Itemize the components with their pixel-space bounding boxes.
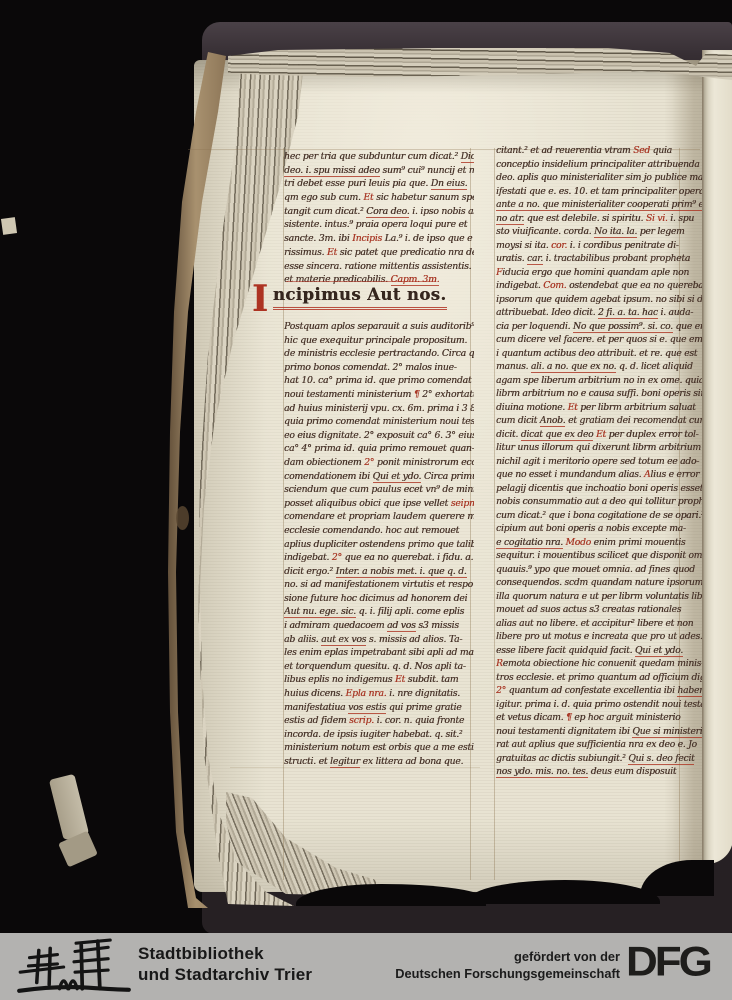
manuscript-line: manifestatiua vos estis qui prime gratie bbox=[284, 701, 474, 715]
manuscript-line: estis ad fidem scrip. i. cor. n. quia fr… bbox=[284, 714, 474, 728]
manuscript-line: cipium aut boni operis a nobis excepte m… bbox=[496, 522, 702, 536]
ruling-line-vertical bbox=[494, 148, 495, 880]
manuscript-line: ante a no. que ministerialiter cooperati… bbox=[496, 198, 702, 212]
loose-leaf-tab bbox=[1, 217, 17, 235]
manuscript-line: diuina motione. Et per librm arbitrium s… bbox=[496, 401, 702, 415]
manuscript-line: cia per loquendi. No que possim⁹. si. co… bbox=[496, 320, 702, 334]
manuscript-line: hec per tria que subduntur cum dicat.² D… bbox=[284, 150, 474, 164]
manuscript-line: sciendum que cum paulus ecet vn⁹ de mini… bbox=[284, 483, 474, 497]
manuscript-line: cum dicat.² que i bona cogitatione de se… bbox=[496, 509, 702, 523]
manuscript-line: pelagij dicentis que inchoatio boni oper… bbox=[496, 482, 702, 496]
footer-banner: Stadtbibliothek und Stadtarchiv Trier ge… bbox=[0, 933, 732, 1000]
manuscript-line: rissimus. Et sic patet que predicatio nr… bbox=[284, 246, 474, 260]
parchment-stain bbox=[176, 506, 189, 530]
manuscript-line: ca° 4° prima id. quia primo remouet quan… bbox=[284, 442, 474, 456]
manuscript-line: esse sincera. ratione mittentis assisten… bbox=[284, 260, 474, 274]
manuscript-line: ipsorum que quidem agebat ipsum. no sibi… bbox=[496, 293, 702, 307]
text-column-left-lower: Postquam aplos separauit a suis auditori… bbox=[284, 320, 474, 769]
manuscript-line: dicit. dicat que ex deo Et per duplex er… bbox=[496, 428, 702, 442]
manuscript-line: ecclesie comendando. hoc aut remouet bbox=[284, 524, 474, 538]
manuscript-line: comendare et propriam laudem querere min… bbox=[284, 510, 474, 524]
manuscript-line: no atr. que est delebile. si spiritu. Si… bbox=[496, 212, 702, 226]
manuscript-line: sto viuificante. corda. No ita. la. per … bbox=[496, 225, 702, 239]
porta-nigra-logo bbox=[16, 937, 132, 997]
funding-credit: gefördert von der Deutschen Forschungsge… bbox=[395, 949, 620, 982]
manuscript-line: sione future hoc dicimus ad honorem dei bbox=[284, 592, 474, 606]
rubric-initial: I bbox=[252, 283, 268, 315]
manuscript-line: Remota obiectione hic conuenit quedam mi… bbox=[496, 657, 702, 671]
manuscript-line: structi. et legitur ex littera ad bona q… bbox=[284, 755, 474, 769]
manuscript-line: quauis.⁹ ypo que mouet omnia. ad fines q… bbox=[496, 563, 702, 577]
manuscript-line: 2° quantum ad confestate excellentia ibi… bbox=[496, 684, 702, 698]
manuscript-line: cum dicit Anob. et gratiam dei recomenda… bbox=[496, 414, 702, 428]
manuscript-line: primo bonos comendat. 2° malos inue- bbox=[284, 361, 474, 375]
manuscript-line: noui testamenti dignitatem ibi Que si mi… bbox=[496, 725, 702, 739]
manuscript-line: nobis consummatio aut a deo qui tollitur… bbox=[496, 495, 702, 509]
manuscript-line: eo eius dignitate. 2° exposuit ca° 6. 3°… bbox=[284, 429, 474, 443]
manuscript-line: uratis. car. i. tractabilibus probant pr… bbox=[496, 252, 702, 266]
manuscript-line: consequendos. scdm quandam nature ipsoru… bbox=[496, 576, 702, 590]
manuscript-line: hat 10. ca° prima id. que primo comendat bbox=[284, 374, 474, 388]
manuscript-line: huius dicens. Epla nra. i. nre dignitati… bbox=[284, 687, 474, 701]
manuscript-line: aplius dupliciter ostendens primo que ta… bbox=[284, 538, 474, 552]
library-name-line1: Stadtbibliothek bbox=[138, 944, 312, 965]
manuscript-line: dam obiectionem 2° ponit ministrorum ecc… bbox=[284, 456, 474, 470]
manuscript-line: posset aliquibus obici que ipse vellet s… bbox=[284, 497, 474, 511]
library-name-line2: und Stadtarchiv Trier bbox=[138, 965, 312, 986]
manuscript-line: citant.² et ad reuerentia vtram Sed quia bbox=[496, 144, 702, 158]
manuscript-line: libus eplis no indigemus Et subdit. tam bbox=[284, 673, 474, 687]
loose-leaf-tab bbox=[49, 774, 89, 840]
manuscript-line: tangit cum dicat.² Cora deo. i. ipso nob… bbox=[284, 205, 474, 219]
manuscript-line: ifestati que e. es. 10. et tam principal… bbox=[496, 185, 702, 199]
manuscript-line: indigebat. Com. ostendebat que ea no que… bbox=[496, 279, 702, 293]
facing-page-edge bbox=[702, 50, 732, 864]
manuscript-line: ad huius ministerij vpu. cx. 6m. prima i… bbox=[284, 402, 474, 416]
funding-credit-line1: gefördert von der bbox=[395, 949, 620, 966]
manuscript-line: incorda. de ipsis iugiter habebat. q. si… bbox=[284, 728, 474, 742]
manuscript-line: sistente. intus.⁹ praia opera loqui pure… bbox=[284, 218, 474, 232]
manuscript-line: cum dicere vel facere. et per quos si e.… bbox=[496, 333, 702, 347]
manuscript-line: igitur. prima i. d. quia primo ostendit … bbox=[496, 698, 702, 712]
manuscript-line: agam spe liberum arbitrium no in ex ome.… bbox=[496, 374, 702, 388]
manuscript-line: attribuebat. Ideo dicit. 2 fi. a. ta. ha… bbox=[496, 306, 702, 320]
manuscript-line: tros ecclesie. et primo quantum ad offic… bbox=[496, 671, 702, 685]
manuscript-line: esse libere facit quidquid facit. Qui et… bbox=[496, 644, 702, 658]
text-column-right: citant.² et ad reuerentia vtram Sed quia… bbox=[496, 144, 702, 779]
manuscript-line: sancte. 3m. ibi Incipis La.⁹ i. de ipso … bbox=[284, 232, 474, 246]
funding-credit-line2: Deutschen Forschungsgemeinschaft bbox=[395, 966, 620, 983]
rubric-text: ncipimus Aut nos. bbox=[273, 284, 447, 310]
manuscript-line: comendationem ibi Qui et ydo. Circa prim… bbox=[284, 470, 474, 484]
manuscript-line: Postquam aplos separauit a suis auditori… bbox=[284, 320, 474, 334]
manuscript-line: Fiducia ergo que homini quandam aple non bbox=[496, 266, 702, 280]
manuscript-line: nichil agit i meritorio opere sed totum … bbox=[496, 455, 702, 469]
manuscript-line: moysi si ita. cor. i. i cordibus penitra… bbox=[496, 239, 702, 253]
manuscript-line: sequitur. i mouentibus scilicet que disp… bbox=[496, 549, 702, 563]
manuscript-line: alias aut no libere. et accipitur² liber… bbox=[496, 617, 702, 631]
manuscript-line: que no esset i mundandum alias. Alius e … bbox=[496, 468, 702, 482]
manuscript-line: Aut nu. ege. sic. q. i. filij apli. come… bbox=[284, 605, 474, 619]
manuscript-line: hic que exequitur principale propositum. bbox=[284, 334, 474, 348]
manuscript-line: no. si ad manifestationem virtutis et re… bbox=[284, 578, 474, 592]
library-name: Stadtbibliothek und Stadtarchiv Trier bbox=[138, 944, 312, 985]
manuscript-line: et vetus dicam. ¶ ep hoc arguit minister… bbox=[496, 711, 702, 725]
rubric-underline bbox=[286, 281, 436, 282]
manuscript-line: de ministris ecclesie pertractando. Circ… bbox=[284, 347, 474, 361]
manuscript-line: libere pro ut motus e increata que pro u… bbox=[496, 630, 702, 644]
manuscript-line: ministerium notum est orbis que a me est… bbox=[284, 741, 474, 755]
manuscript-photo: hec per tria que subduntur cum dicat.² D… bbox=[0, 0, 732, 1000]
manuscript-line: noui testamenti ministerium ¶ 2° exhorta… bbox=[284, 388, 474, 402]
manuscript-line: librm arbitrium no e causa suffi. boni o… bbox=[496, 387, 702, 401]
manuscript-line: ab aliis. aut ex vos s. missis ad alios.… bbox=[284, 633, 474, 647]
dfg-logo: DFG bbox=[626, 938, 710, 986]
text-column-left-upper: hec per tria que subduntur cum dicat.² D… bbox=[284, 150, 474, 287]
manuscript-line: indigebat. 2° que ea no querebat. i fidu… bbox=[284, 551, 474, 565]
rubric-heading: I ncipimus Aut nos. bbox=[252, 284, 472, 318]
manuscript-line: rat aut aplius que sufficientia nra ex d… bbox=[496, 738, 702, 752]
manuscript-line: manus. ali. a no. que ex no. q. d. licet… bbox=[496, 360, 702, 374]
manuscript-line: les enim eplas impetrabant sibi apli ad … bbox=[284, 646, 474, 660]
manuscript-line: i quantum actibus deo attribuit. et re. … bbox=[496, 347, 702, 361]
manuscript-line: i admiram quedacoem ad vos s3 missis bbox=[284, 619, 474, 633]
manuscript-line: illa quorum natura e ut per librm volunt… bbox=[496, 590, 702, 604]
manuscript-line: et torquendum quesitu. q. d. Nos apli ta… bbox=[284, 660, 474, 674]
manuscript-line: conceptio insidelium principaliter attri… bbox=[496, 158, 702, 172]
manuscript-line: qm ego sub cum. Et sic habetur sanum spe… bbox=[284, 191, 474, 205]
manuscript-line: deo. i. spu missi adeo sum⁹ cui⁹ nuncij … bbox=[284, 164, 474, 178]
manuscript-line: deo. aplis quo ministerialiter sim jo pu… bbox=[496, 171, 702, 185]
manuscript-line: e cogitatio nra. Modo enim primi mouenti… bbox=[496, 536, 702, 550]
manuscript-line: dicit ergo.² Inter. a nobis met. i. que … bbox=[284, 565, 474, 579]
manuscript-line: mouet ad suos actus s3 creatas rationale… bbox=[496, 603, 702, 617]
manuscript-line: gratuitas ac dictis subiungit.² Qui s. d… bbox=[496, 752, 702, 766]
manuscript-line: nos ydo. mis. no. tes. deus eum disposui… bbox=[496, 765, 702, 779]
manuscript-line: litur unus illorum qui dixerunt librm ar… bbox=[496, 441, 702, 455]
manuscript-line: quia primo comendat ministerium noui tes… bbox=[284, 415, 474, 429]
manuscript-line: tri debet esse puri leuis pia que. Dn ei… bbox=[284, 177, 474, 191]
